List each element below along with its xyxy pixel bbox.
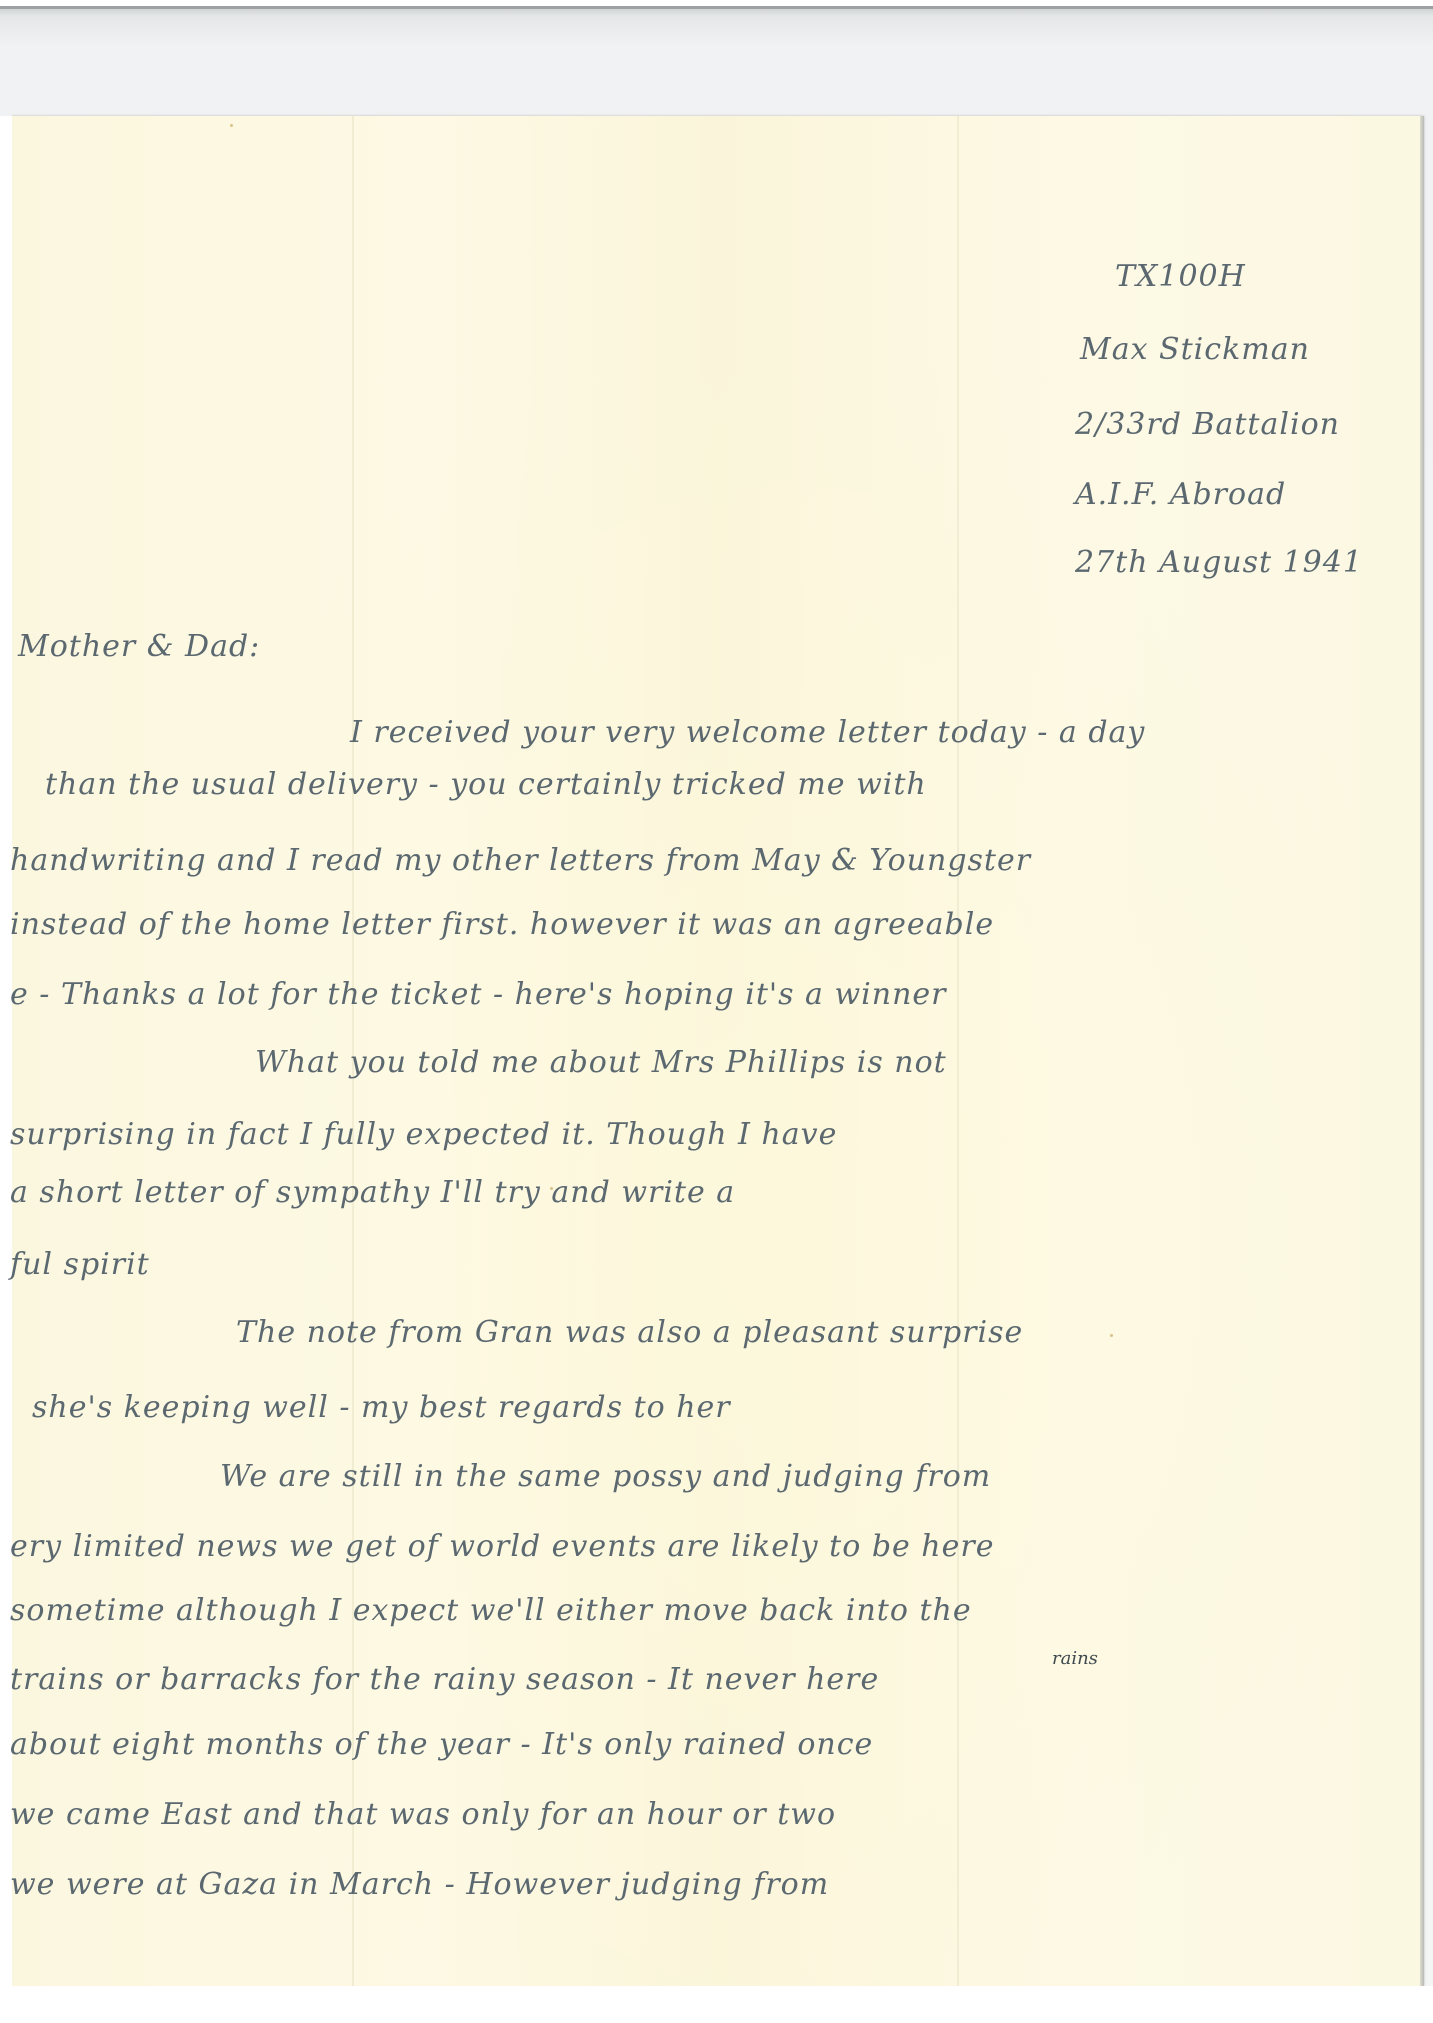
body-line: ful spirit (10, 1250, 150, 1280)
sender-name: Max Stickman (1080, 335, 1310, 365)
body-line: trains or barracks for the rainy season … (10, 1665, 879, 1695)
scanned-letter-page: TX100H Max Stickman 2/33rd Battalion A.I… (0, 0, 1433, 2023)
body-line: than the usual delivery - you certainly … (45, 770, 927, 800)
body-line: e - Thanks a lot for the ticket - here's… (10, 980, 947, 1010)
letter-date: 27th August 1941 (1075, 548, 1363, 578)
body-line: we were at Gaza in March - However judgi… (10, 1870, 829, 1900)
body-line: What you told me about Mrs Phillips is n… (255, 1048, 947, 1078)
paper-edge (1420, 116, 1424, 1986)
paper-fold (957, 116, 959, 1986)
body-line: sometime although I expect we'll either … (10, 1596, 972, 1626)
body-line: we came East and that was only for an ho… (10, 1800, 836, 1830)
body-line: instead of the home letter first. howeve… (10, 910, 994, 940)
body-line: We are still in the same possy and judgi… (220, 1462, 991, 1492)
body-line: a short letter of sympathy I'll try and … (10, 1178, 735, 1208)
force-location: A.I.F. Abroad (1075, 480, 1286, 510)
scan-margin-bottom (0, 1986, 1433, 2023)
body-line: The note from Gran was also a pleasant s… (236, 1318, 1023, 1348)
body-line: she's keeping well - my best regards to … (32, 1393, 731, 1423)
inserted-word-annotation: rains (1052, 1648, 1098, 1669)
body-line: I received your very welcome letter toda… (350, 718, 1145, 748)
paper-speck (1110, 1334, 1113, 1337)
paper-speck (230, 124, 233, 127)
scan-margin-left (0, 116, 12, 1986)
service-number: TX100H (1115, 262, 1246, 292)
body-line: ery limited news we get of world events … (10, 1532, 994, 1562)
body-line: surprising in fact I fully expected it. … (10, 1120, 837, 1150)
battalion: 2/33rd Battalion (1075, 410, 1340, 440)
scanner-edge (0, 6, 1433, 9)
body-line: handwriting and I read my other letters … (10, 846, 1031, 876)
salutation: Mother & Dad: (18, 632, 260, 662)
body-line: about eight months of the year - It's on… (10, 1730, 873, 1760)
